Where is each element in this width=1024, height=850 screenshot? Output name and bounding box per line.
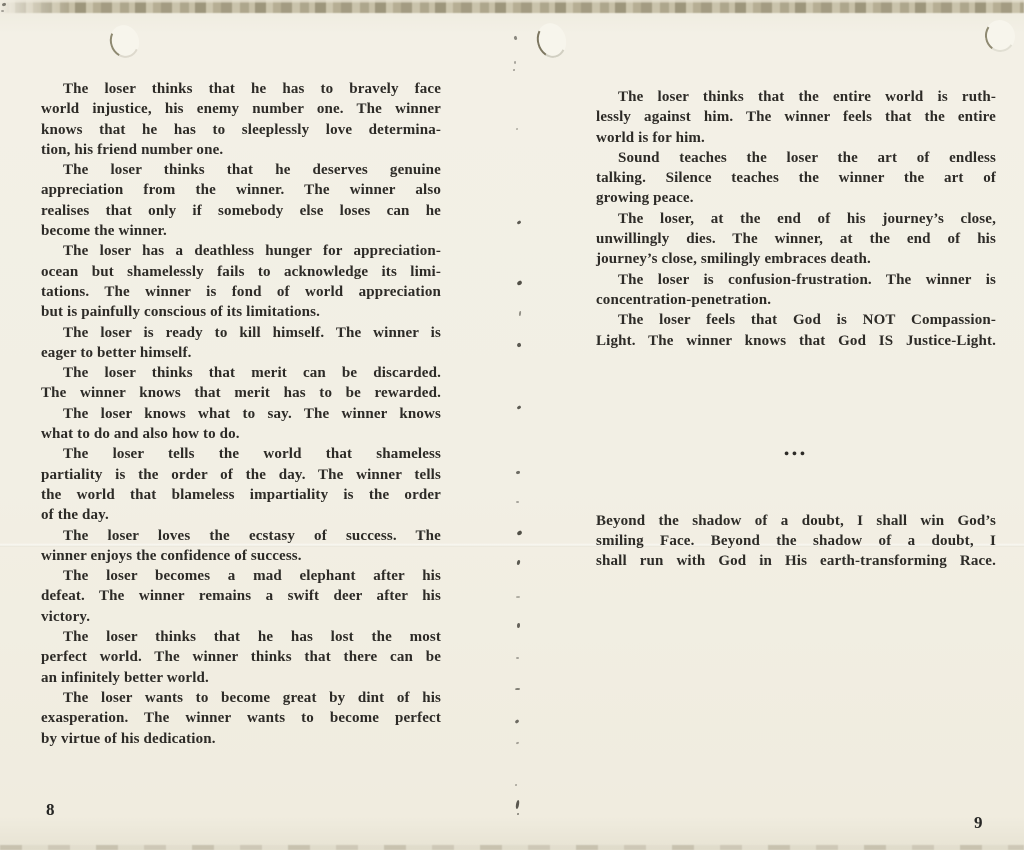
text-line: The loser thinks that merit can be disca… (41, 363, 441, 383)
text-line: an infinitely better world. (41, 668, 441, 688)
paragraph: The loser is confusion-frustration. The … (596, 270, 996, 311)
text-line: The loser, at the end of his journey’s c… (596, 209, 996, 229)
text-line: journey’s close, smilingly embraces deat… (596, 249, 996, 269)
text-line: The loser thinks that he has lost the mo… (41, 627, 441, 647)
text-line: eager to better himself. (41, 343, 441, 363)
ink-speck (516, 501, 519, 503)
text-line: The loser thinks that he has to bravely … (41, 79, 441, 99)
paragraph: The loser tells the world that shameless… (41, 444, 441, 525)
paragraph: The loser loves the ecstasy of success. … (41, 526, 441, 567)
scan-top-edge (0, 0, 1024, 13)
ink-speck (517, 560, 521, 565)
left-page-text-column: The loser thinks that he has to bravely … (41, 79, 441, 749)
closing-aphorism: Beyond the shadow of a doubt, I shall wi… (596, 511, 996, 572)
ink-speck (516, 742, 520, 745)
ink-speck (513, 36, 517, 41)
ink-speck (517, 623, 520, 628)
text-line: the world that blameless impartiality is… (41, 485, 441, 505)
text-line: exasperation. The winner wants to become… (41, 708, 441, 728)
text-line: The loser feels that God is NOT Compassi… (596, 310, 996, 330)
text-line: appreciation from the winner. The winner… (41, 180, 441, 200)
ink-speck (516, 128, 518, 130)
ink-speck (515, 800, 519, 809)
ink-speck (516, 471, 520, 475)
text-line: concentration-penetration. (596, 290, 996, 310)
ink-speck (517, 220, 522, 225)
text-line: ocean but shamelessly fails to acknowled… (41, 262, 441, 282)
paragraph: The loser, at the end of his journey’s c… (596, 209, 996, 270)
ink-speck (517, 813, 519, 815)
ink-speck (516, 342, 521, 347)
text-line: Beyond the shadow of a doubt, I shall wi… (596, 511, 996, 531)
ink-speck (516, 530, 522, 536)
paragraph: Sound teaches the loser the art of endle… (596, 148, 996, 209)
text-line: victory. (41, 607, 441, 627)
text-line: The loser is confusion-frustration. The … (596, 270, 996, 290)
paragraph: The loser is ready to kill himself. The … (41, 323, 441, 364)
ink-speck (516, 596, 520, 598)
text-line: smiling Face. Beyond the shadow of a dou… (596, 531, 996, 551)
punch-hole-icon (106, 21, 144, 61)
punch-hole-icon (982, 18, 1017, 55)
text-line: shall run with God in His earth-transfor… (596, 551, 996, 571)
ink-speck (515, 688, 520, 690)
text-line: lessly against him. The winner feels tha… (596, 107, 996, 127)
text-line: The loser tells the world that shameless (41, 444, 441, 464)
text-line: of the day. (41, 505, 441, 525)
text-line: The loser has a deathless hunger for app… (41, 241, 441, 261)
text-line: defeat. The winner remains a swift deer … (41, 586, 441, 606)
text-line: winner enjoys the confidence of success. (41, 546, 441, 566)
ink-speck (1, 10, 4, 12)
paragraph: The loser wants to become great by dint … (41, 688, 441, 749)
punch-hole-icon (533, 20, 570, 61)
ink-speck (515, 719, 520, 724)
paragraph: Beyond the shadow of a doubt, I shall wi… (596, 511, 996, 572)
text-line: unwillingly dies. The winner, at the end… (596, 229, 996, 249)
text-line: The loser thinks that the entire world i… (596, 87, 996, 107)
page-number-left: 8 (46, 800, 55, 820)
text-line: realises that only if somebody else lose… (41, 201, 441, 221)
ink-speck (515, 784, 517, 786)
text-line: world is for him. (596, 128, 996, 148)
text-line: but is painfully conscious of its limita… (41, 302, 441, 322)
ink-speck (516, 657, 519, 659)
text-line: The loser is ready to kill himself. The … (41, 323, 441, 343)
text-line: The loser becomes a mad elephant after h… (41, 566, 441, 586)
ink-speck (513, 69, 515, 71)
ink-speck (519, 311, 521, 316)
text-line: The loser knows what to say. The winner … (41, 404, 441, 424)
text-line: The loser loves the ecstasy of success. … (41, 526, 441, 546)
text-line: talking. Silence teaches the winner the … (596, 168, 996, 188)
scan-bottom-edge (0, 845, 1024, 850)
ink-speck (517, 405, 522, 410)
right-page-paragraphs: The loser thinks that the entire world i… (596, 87, 996, 351)
text-line: tion, his friend number one. (41, 140, 441, 160)
paragraph: The loser thinks that he has to bravely … (41, 79, 441, 160)
page-number-right: 9 (974, 813, 983, 833)
text-line: growing peace. (596, 188, 996, 208)
paragraph: The loser thinks that he deserves genuin… (41, 160, 441, 241)
paragraph: The loser thinks that merit can be disca… (41, 363, 441, 404)
ink-speck (516, 280, 522, 286)
paragraph: The loser thinks that he has lost the mo… (41, 627, 441, 688)
text-line: by virtue of his dedication. (41, 729, 441, 749)
text-line: perfect world. The winner thinks that th… (41, 647, 441, 667)
text-line: what to do and also how to do. (41, 424, 441, 444)
text-line: The loser wants to become great by dint … (41, 688, 441, 708)
text-line: become the winner. (41, 221, 441, 241)
text-line: knows that he has to sleeplessly love de… (41, 120, 441, 140)
paragraph: The loser has a deathless hunger for app… (41, 241, 441, 322)
paragraph: The loser becomes a mad elephant after h… (41, 566, 441, 627)
text-line: world injustice, his enemy number one. T… (41, 99, 441, 119)
section-separator-dots: ••• (596, 445, 996, 465)
right-page-text-column: The loser thinks that the entire world i… (596, 87, 996, 572)
text-line: The loser thinks that he deserves genuin… (41, 160, 441, 180)
paragraph: The loser knows what to say. The winner … (41, 404, 441, 445)
text-line: Light. The winner knows that God IS Just… (596, 331, 996, 351)
text-line: tations. The winner is fond of world app… (41, 282, 441, 302)
ink-speck (514, 61, 516, 64)
paragraph: The loser feels that God is NOT Compassi… (596, 310, 996, 351)
text-line: partiality is the order of the day. The … (41, 465, 441, 485)
paragraph: The loser thinks that the entire world i… (596, 87, 996, 148)
text-line: The winner knows that merit has to be re… (41, 383, 441, 403)
text-line: Sound teaches the loser the art of endle… (596, 148, 996, 168)
